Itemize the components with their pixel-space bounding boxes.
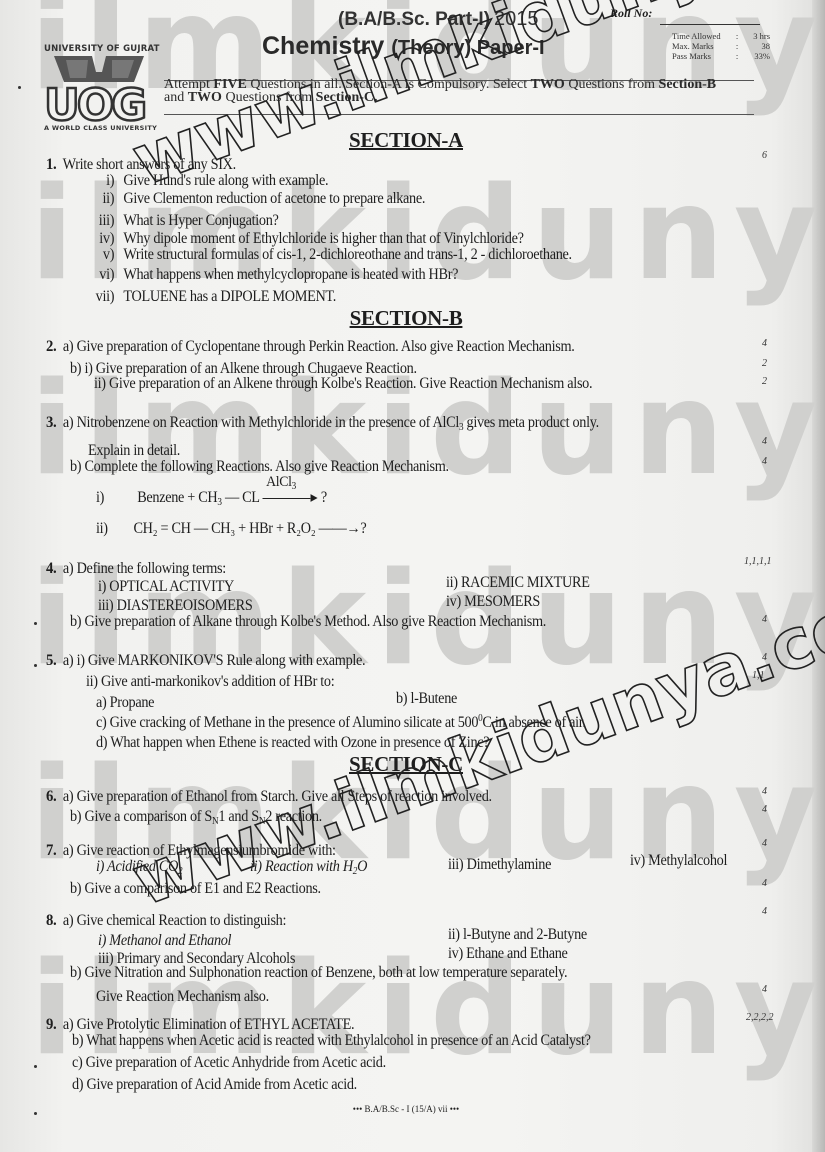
q8a-marks: 4 [762, 906, 767, 917]
q1-item: v)Write structural formulas of cis-1, 2-… [70, 246, 572, 264]
question-3b: b) Complete the following Reactions. Als… [70, 458, 449, 476]
section-b-heading: SECTION-B [0, 306, 812, 331]
q9-marks: 2,2,2,2 [746, 1012, 774, 1023]
q6a-marks: 4 [762, 786, 767, 797]
q4-term-2: ii) RACEMIC MIXTURE [446, 574, 590, 592]
scan-speck [34, 664, 37, 667]
q6b-marks: 4 [762, 804, 767, 815]
q3b-marks: 4 [762, 456, 767, 467]
scan-speck [34, 1112, 37, 1115]
scan-speck [34, 1065, 37, 1068]
meta-time: Time Allowed:3 hrs [672, 31, 770, 41]
question-4a: 4. a) Define the following terms: [46, 560, 226, 578]
question-9b: b) What happens when Acetic acid is reac… [72, 1032, 591, 1050]
q4a-marks: 1,1,1,1 [744, 556, 772, 567]
q5-option-b: b) l-Butene [396, 690, 457, 708]
q1-item: vi)What happens when methylcyclopropane … [70, 266, 458, 284]
q4-term-4: iv) MESOMERS [446, 593, 540, 611]
reaction-catalyst: AlCl3 [266, 474, 296, 491]
q7-option-3: iii) Dimethylamine [448, 856, 551, 874]
meta-max-marks: Max. Marks:38 [672, 41, 770, 51]
q7a-marks: 4 [762, 838, 767, 849]
q1-item: ii)Give Clementon reduction of acetone t… [70, 190, 425, 208]
q8-item-2: ii) l-Butyne and 2-Butyne [448, 926, 587, 944]
question-8b-cont: Give Reaction Mechanism also. [96, 988, 269, 1006]
reaction-2: ii)CH₂ = CH — CH₃ + HBr + R₂O₂ ——→? [96, 520, 366, 538]
question-9c: c) Give preparation of Acetic Anhydride … [72, 1054, 386, 1072]
q2b-ii-marks: 2 [762, 376, 767, 387]
reaction-arrow-icon [263, 498, 311, 499]
exam-meta: Time Allowed:3 hrs Max. Marks:38 Pass Ma… [672, 31, 770, 61]
q3a-marks: 4 [762, 436, 767, 447]
scan-speck [18, 86, 21, 89]
q1-marks: 6 [762, 150, 767, 161]
question-2a: 2. a) Give preparation of Cyclopentane t… [46, 338, 574, 356]
q7b-marks: 4 [762, 878, 767, 889]
page-footer: ••• B.A/B.Sc - I (15/A) vii ••• [0, 1104, 812, 1114]
q8-item-1: i) Methanol and Ethanol [98, 932, 231, 950]
q2a-marks: 4 [762, 338, 767, 349]
roll-no-field [660, 24, 760, 25]
q2b-i-marks: 2 [762, 358, 767, 369]
question-9d: d) Give preparation of Acid Amide from A… [72, 1076, 357, 1094]
question-8b: b) Give Nitration and Sulphonation react… [70, 964, 567, 982]
question-3a: 3. a) Nitrobenzene on Reaction with Meth… [46, 414, 599, 432]
q1-item: vii)TOLUENE has a DIPOLE MOMENT. [70, 288, 336, 306]
reaction-1: i)Benzene + CH3 — CL AlCl3 ▸ ? [96, 488, 327, 507]
q7-option-4: iv) Methylalcohol [630, 852, 727, 870]
question-5a-i: 5. a) i) Give MARKONIKOV'S Rule along wi… [46, 652, 365, 670]
q4-term-1: i) OPTICAL ACTIVITY [98, 578, 234, 596]
q1-item: iii)What is Hyper Conjugation? [70, 212, 279, 230]
question-2b-ii: ii) Give preparation of an Alkene throug… [94, 375, 592, 393]
question-5a-ii: ii) Give anti-markonikov's addition of H… [86, 673, 334, 691]
meta-pass-marks: Pass Marks:33% [672, 51, 770, 61]
q8-item-4: iv) Ethane and Ethane [448, 945, 568, 963]
q5-option-a: a) Propane [96, 694, 154, 712]
section-a-heading: SECTION-A [0, 128, 812, 153]
scan-speck [34, 622, 37, 625]
question-4b: b) Give preparation of Alkane through Ko… [70, 613, 546, 631]
q8b-marks: 4 [762, 984, 767, 995]
